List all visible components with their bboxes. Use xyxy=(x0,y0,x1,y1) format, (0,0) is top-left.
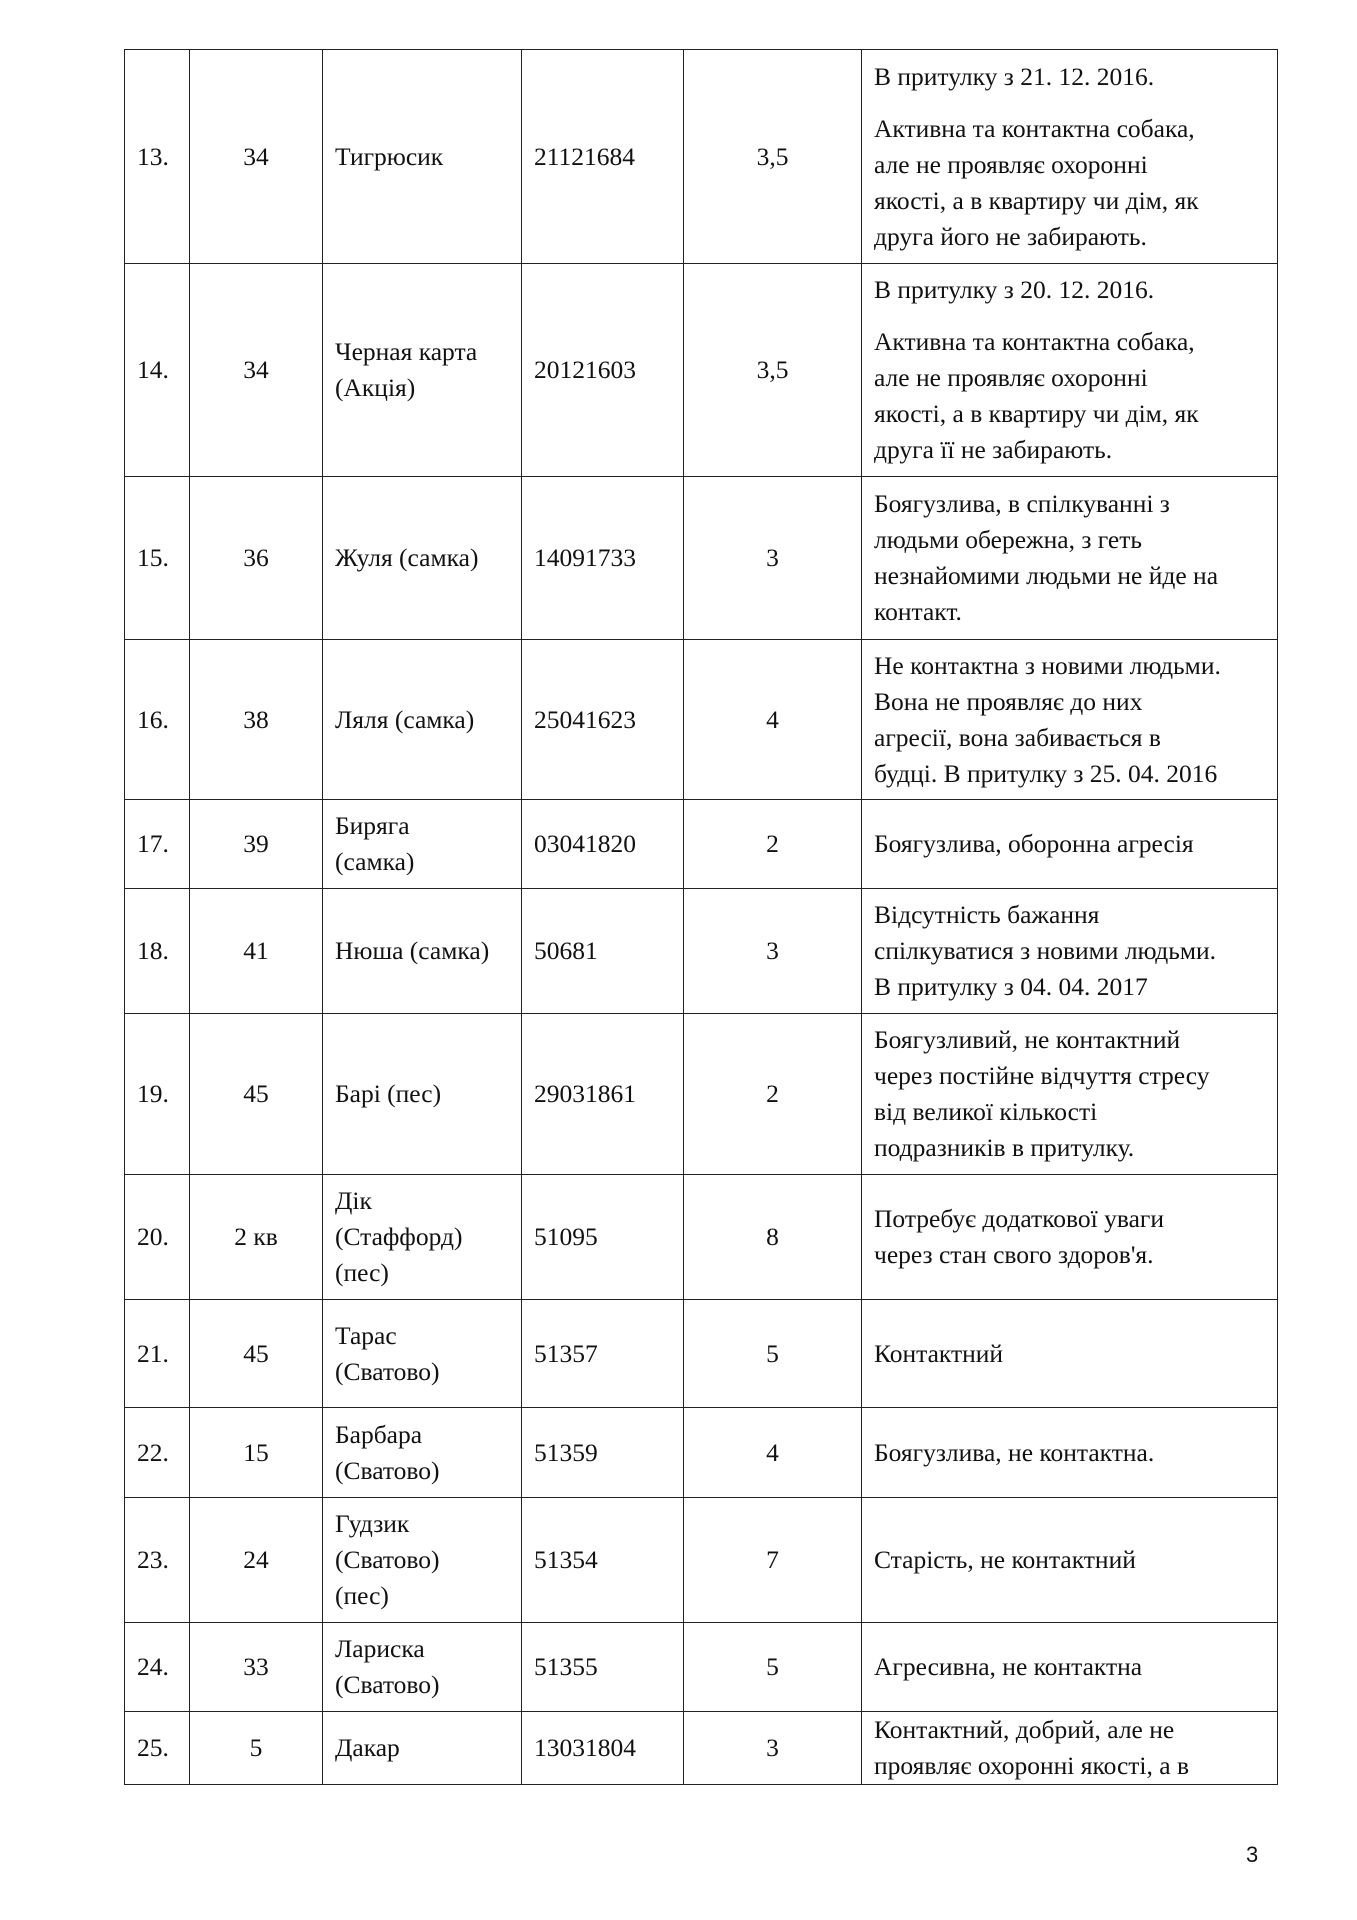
animal-name-line: Жуля (самка) xyxy=(335,540,509,576)
characteristics-line: через постійне відчуття стресу xyxy=(874,1058,1265,1094)
cage-cell: 45 xyxy=(190,1300,323,1408)
characteristics-line: якості, а в квартиру чи дім, як xyxy=(874,396,1265,432)
age-cell: 5 xyxy=(684,1623,862,1712)
characteristics-paragraph: Відсутність бажанняспілкуватися з новими… xyxy=(874,897,1265,1005)
characteristics-line: від великої кількості xyxy=(874,1094,1265,1130)
chip-number-cell: 51095 xyxy=(522,1175,684,1300)
characteristics-line: Активна та контактна собака, xyxy=(874,111,1265,147)
characteristics-cell: В притулку з 21. 12. 2016.Активна та кон… xyxy=(862,50,1278,264)
animal-name-line: (пес) xyxy=(335,1255,509,1291)
chip-number-cell: 20121603 xyxy=(522,264,684,477)
table-row: 20.2 квДік(Стаффорд)(пес)510958Потребує … xyxy=(125,1175,1278,1300)
characteristics-line: незнайомими людьми не йде на xyxy=(874,558,1265,594)
animal-name-line: (Стаффорд) xyxy=(335,1219,509,1255)
animal-name-cell: Лариска(Сватово) xyxy=(323,1623,522,1712)
age-cell: 3 xyxy=(684,1712,862,1785)
animal-name-line: (самка) xyxy=(335,844,509,880)
characteristics-line: Вона не проявляє до них xyxy=(874,684,1265,720)
animal-name-cell: Нюша (самка) xyxy=(323,889,522,1014)
row-number-cell: 19. xyxy=(125,1014,190,1175)
animal-name-line: Биряга xyxy=(335,808,509,844)
characteristics-line: Контактний xyxy=(874,1336,1265,1372)
characteristics-paragraph: Боягузлива, не контактна. xyxy=(874,1435,1265,1471)
animal-name-cell: Барбара(Сватово) xyxy=(323,1408,522,1498)
characteristics-paragraph: Агресивна, не контактна xyxy=(874,1649,1265,1685)
characteristics-paragraph: Не контактна з новими людьми.Вона не про… xyxy=(874,648,1265,792)
table-row: 17.39Биряга(самка)030418202Боягузлива, о… xyxy=(125,800,1278,889)
cage-cell: 36 xyxy=(190,477,323,640)
characteristics-line: друга її не забирають. xyxy=(874,432,1265,468)
animal-name-line: Лариска xyxy=(335,1631,509,1667)
characteristics-cell: Потребує додаткової увагичерез стан свог… xyxy=(862,1175,1278,1300)
animal-name-line: Тигрюсик xyxy=(335,139,509,175)
chip-number-cell: 25041623 xyxy=(522,640,684,800)
table-row: 18.41Нюша (самка)506813Відсутність бажан… xyxy=(125,889,1278,1014)
characteristics-line: Контактний, добрий, але не xyxy=(874,1712,1265,1748)
age-cell: 3,5 xyxy=(684,264,862,477)
characteristics-line: Боягузлива, оборонна агресія xyxy=(874,826,1265,862)
row-number-cell: 13. xyxy=(125,50,190,264)
row-number-cell: 16. xyxy=(125,640,190,800)
characteristics-paragraph: В притулку з 20. 12. 2016. xyxy=(874,272,1265,308)
animal-name-cell: Жуля (самка) xyxy=(323,477,522,640)
chip-number-cell: 51354 xyxy=(522,1498,684,1623)
cage-cell: 34 xyxy=(190,50,323,264)
characteristics-line: подразників в притулку. xyxy=(874,1130,1265,1166)
characteristics-cell: Боягузлива, не контактна. xyxy=(862,1408,1278,1498)
row-number-cell: 15. xyxy=(125,477,190,640)
animal-name-cell: Тигрюсик xyxy=(323,50,522,264)
characteristics-line: В притулку з 20. 12. 2016. xyxy=(874,272,1265,308)
animal-name-line: (Акція) xyxy=(335,370,509,406)
characteristics-cell: Боягузлива, оборонна агресія xyxy=(862,800,1278,889)
characteristics-line: але не проявляє охоронні xyxy=(874,360,1265,396)
chip-number-cell: 13031804 xyxy=(522,1712,684,1785)
row-number-cell: 17. xyxy=(125,800,190,889)
characteristics-line: друга його не забирають. xyxy=(874,219,1265,255)
characteristics-paragraph: Боягузлива, оборонна агресія xyxy=(874,826,1265,862)
animal-name-cell: Дік(Стаффорд)(пес) xyxy=(323,1175,522,1300)
characteristics-paragraph: Контактний, добрий, але непроявляє охоро… xyxy=(874,1712,1265,1784)
age-cell: 3 xyxy=(684,889,862,1014)
characteristics-paragraph: Боягузлива, в спілкуванні злюдьми обереж… xyxy=(874,486,1265,630)
characteristics-paragraph: Активна та контактна собака,але не прояв… xyxy=(874,111,1265,255)
age-cell: 2 xyxy=(684,1014,862,1175)
row-number-cell: 14. xyxy=(125,264,190,477)
animal-name-line: Тарас xyxy=(335,1318,509,1354)
animal-name-cell: Барі (пес) xyxy=(323,1014,522,1175)
characteristics-cell: Відсутність бажанняспілкуватися з новими… xyxy=(862,889,1278,1014)
age-cell: 3 xyxy=(684,477,862,640)
animal-name-line: (Сватово) xyxy=(335,1542,509,1578)
characteristics-line: але не проявляє охоронні xyxy=(874,147,1265,183)
characteristics-cell: Контактний, добрий, але непроявляє охоро… xyxy=(862,1712,1278,1785)
characteristics-line: агресії, вона забивається в xyxy=(874,720,1265,756)
row-number-cell: 25. xyxy=(125,1712,190,1785)
characteristics-line: спілкуватися з новими людьми. xyxy=(874,933,1265,969)
characteristics-paragraph: В притулку з 21. 12. 2016. xyxy=(874,59,1265,95)
age-cell: 3,5 xyxy=(684,50,862,264)
characteristics-cell: Агресивна, не контактна xyxy=(862,1623,1278,1712)
age-cell: 5 xyxy=(684,1300,862,1408)
animal-name-cell: Тарас(Сватово) xyxy=(323,1300,522,1408)
age-cell: 4 xyxy=(684,640,862,800)
age-cell: 8 xyxy=(684,1175,862,1300)
table-row: 15.36Жуля (самка)140917333Боягузлива, в … xyxy=(125,477,1278,640)
characteristics-line: Боягузливий, не контактний xyxy=(874,1022,1265,1058)
chip-number-cell: 51357 xyxy=(522,1300,684,1408)
characteristics-paragraph: Боягузливий, не контактнийчерез постійне… xyxy=(874,1022,1265,1166)
age-cell: 4 xyxy=(684,1408,862,1498)
animal-name-line: (Сватово) xyxy=(335,1354,509,1390)
chip-number-cell: 14091733 xyxy=(522,477,684,640)
table-row: 21.45Тарас(Сватово)513575Контактний xyxy=(125,1300,1278,1408)
cage-cell: 24 xyxy=(190,1498,323,1623)
characteristics-cell: Старість, не контактний xyxy=(862,1498,1278,1623)
chip-number-cell: 51355 xyxy=(522,1623,684,1712)
table-row: 13.34Тигрюсик211216843,5В притулку з 21.… xyxy=(125,50,1278,264)
characteristics-line: Боягузлива, в спілкуванні з xyxy=(874,486,1265,522)
row-number-cell: 21. xyxy=(125,1300,190,1408)
animal-name-line: (Сватово) xyxy=(335,1453,509,1489)
cage-cell: 2 кв xyxy=(190,1175,323,1300)
characteristics-line: будці. В притулку з 25. 04. 2016 xyxy=(874,756,1265,792)
chip-number-cell: 51359 xyxy=(522,1408,684,1498)
animal-name-line: Барі (пес) xyxy=(335,1076,509,1112)
chip-number-cell: 21121684 xyxy=(522,50,684,264)
animal-name-cell: Ляля (самка) xyxy=(323,640,522,800)
characteristics-line: Активна та контактна собака, xyxy=(874,324,1265,360)
characteristics-line: Відсутність бажання xyxy=(874,897,1265,933)
animal-name-line: Нюша (самка) xyxy=(335,933,509,969)
animal-name-line: Черная карта xyxy=(335,334,509,370)
cage-cell: 45 xyxy=(190,1014,323,1175)
animal-name-line: (Сватово) xyxy=(335,1667,509,1703)
characteristics-line: проявляє охоронні якості, а в xyxy=(874,1748,1265,1784)
animal-name-line: Дік xyxy=(335,1183,509,1219)
characteristics-line: В притулку з 04. 04. 2017 xyxy=(874,969,1265,1005)
characteristics-line: Агресивна, не контактна xyxy=(874,1649,1265,1685)
row-number-cell: 18. xyxy=(125,889,190,1014)
characteristics-line: Боягузлива, не контактна. xyxy=(874,1435,1265,1471)
characteristics-cell: Боягузливий, не контактнийчерез постійне… xyxy=(862,1014,1278,1175)
animal-name-cell: Биряга(самка) xyxy=(323,800,522,889)
characteristics-paragraph: Активна та контактна собака,але не прояв… xyxy=(874,324,1265,468)
table-body: 13.34Тигрюсик211216843,5В притулку з 21.… xyxy=(125,50,1278,1785)
row-number-cell: 24. xyxy=(125,1623,190,1712)
animal-name-line: Ляля (самка) xyxy=(335,702,509,738)
table-row: 24.33Лариска(Сватово)513555Агресивна, не… xyxy=(125,1623,1278,1712)
row-number-cell: 23. xyxy=(125,1498,190,1623)
page-number: 3 xyxy=(1246,1842,1258,1868)
characteristics-paragraph: Старість, не контактний xyxy=(874,1542,1265,1578)
table-row: 16.38Ляля (самка)250416234Не контактна з… xyxy=(125,640,1278,800)
chip-number-cell: 03041820 xyxy=(522,800,684,889)
animal-name-cell: Гудзик(Сватово)(пес) xyxy=(323,1498,522,1623)
age-cell: 2 xyxy=(684,800,862,889)
animal-name-cell: Дакар xyxy=(323,1712,522,1785)
row-number-cell: 22. xyxy=(125,1408,190,1498)
cage-cell: 15 xyxy=(190,1408,323,1498)
cage-cell: 41 xyxy=(190,889,323,1014)
table-row: 14.34Черная карта(Акція)201216033,5 В пр… xyxy=(125,264,1278,477)
cage-cell: 33 xyxy=(190,1623,323,1712)
characteristics-line: В притулку з 21. 12. 2016. xyxy=(874,59,1265,95)
animal-name-line: (пес) xyxy=(335,1578,509,1614)
characteristics-line: Потребує додаткової уваги xyxy=(874,1201,1265,1237)
age-cell: 7 xyxy=(684,1498,862,1623)
characteristics-paragraph: Потребує додаткової увагичерез стан свог… xyxy=(874,1201,1265,1273)
characteristics-cell: В притулку з 20. 12. 2016.Активна та кон… xyxy=(862,264,1278,477)
characteristics-line: Старість, не контактний xyxy=(874,1542,1265,1578)
row-number-cell: 20. xyxy=(125,1175,190,1300)
characteristics-paragraph: Контактний xyxy=(874,1336,1265,1372)
chip-number-cell: 50681 xyxy=(522,889,684,1014)
animal-name-line: Дакар xyxy=(335,1730,509,1766)
characteristics-line: контакт. xyxy=(874,594,1265,630)
animal-name-cell: Черная карта(Акція) xyxy=(323,264,522,477)
cage-cell: 39 xyxy=(190,800,323,889)
characteristics-cell: Боягузлива, в спілкуванні злюдьми обереж… xyxy=(862,477,1278,640)
table-row: 23.24Гудзик(Сватово)(пес)513547Старість,… xyxy=(125,1498,1278,1623)
characteristics-line: людьми обережна, з геть xyxy=(874,522,1265,558)
characteristics-cell: Контактний xyxy=(862,1300,1278,1408)
animals-table: 13.34Тигрюсик211216843,5В притулку з 21.… xyxy=(124,49,1278,1785)
animal-name-line: Барбара xyxy=(335,1417,509,1453)
characteristics-line: Не контактна з новими людьми. xyxy=(874,648,1265,684)
table-row: 22.15Барбара(Сватово)513594Боягузлива, н… xyxy=(125,1408,1278,1498)
table-row: 25.5Дакар130318043Контактний, добрий, ал… xyxy=(125,1712,1278,1785)
cage-cell: 5 xyxy=(190,1712,323,1785)
cage-cell: 34 xyxy=(190,264,323,477)
chip-number-cell: 29031861 xyxy=(522,1014,684,1175)
animal-name-line: Гудзик xyxy=(335,1506,509,1542)
characteristics-cell: Не контактна з новими людьми.Вона не про… xyxy=(862,640,1278,800)
characteristics-line: якості, а в квартиру чи дім, як xyxy=(874,183,1265,219)
cage-cell: 38 xyxy=(190,640,323,800)
characteristics-line: через стан свого здоров'я. xyxy=(874,1237,1265,1273)
table-row: 19.45Барі (пес)290318612Боягузливий, не … xyxy=(125,1014,1278,1175)
